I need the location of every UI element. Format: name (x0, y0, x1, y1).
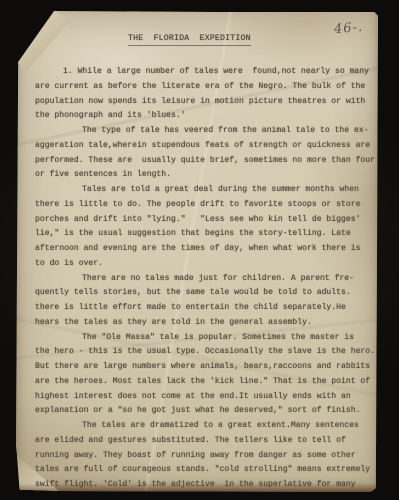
text-line: to do is over. (35, 257, 375, 272)
text-line: highest interest does not come at the en… (35, 390, 375, 405)
text-line: hears the tales as they are told in the … (35, 316, 375, 331)
text-line: quently tells stories, but the same tale… (35, 286, 375, 301)
text-line: Tales are told a great deal during the s… (35, 183, 375, 198)
text-line: running away. They boast of running away… (35, 449, 375, 464)
handwritten-page-number: 46-. (333, 20, 363, 37)
text-line: are the heroes. Most tales lack the 'kic… (35, 375, 375, 390)
text-line: population now spends its leisure in mot… (35, 95, 375, 110)
text-line: or five sentences in length. (35, 168, 375, 183)
text-line: are current as before the literate era o… (35, 80, 375, 95)
text-line: But there are large numbers where animal… (35, 360, 375, 375)
text-line: swift flight. 'Cold' is the adjective in… (35, 478, 375, 493)
folded-corner-top-left (16, 11, 70, 71)
text-line: The tales are dramatized to a great exte… (35, 419, 375, 434)
text-line: are elided and gestures substituted. The… (35, 434, 375, 449)
text-line: 1. While a large number of tales were fo… (35, 65, 375, 80)
text-line: the phonograph and its 'blues.' (35, 109, 375, 124)
text-line: there is little effort made to entertain… (35, 301, 375, 316)
text-line: aggeration tale,wherein stupendous feats… (35, 139, 375, 154)
document-title: THE FLORIDA EXPEDITION (128, 34, 251, 46)
text-line: explanation or a "so he got just what he… (35, 404, 375, 419)
text-line: The type of tale has veered from the ani… (35, 124, 375, 139)
text-line: there is little to do. The people drift … (35, 198, 375, 213)
text-line: afternoon and evening are the times of d… (35, 242, 375, 257)
text-line: tales are full of courageous stands. "co… (35, 463, 375, 478)
text-line: lie," is the usual suggestion that begin… (35, 227, 375, 242)
text-line: performed. These are usually quite brief… (35, 154, 375, 169)
document-body: 1. While a large number of tales were fo… (35, 65, 375, 493)
text-line: the hero - this is the usual type. Occas… (35, 345, 375, 360)
text-line: porches and drift into "lying." "Less se… (35, 213, 375, 228)
text-line: The "Ole Massa" tale is popular. Sometim… (35, 331, 375, 346)
document-page: 46-. THE FLORIDA EXPEDITION 1. While a l… (16, 11, 378, 492)
photo-background: 46-. THE FLORIDA EXPEDITION 1. While a l… (0, 0, 399, 500)
text-line: There are no tales made just for childre… (35, 272, 375, 287)
